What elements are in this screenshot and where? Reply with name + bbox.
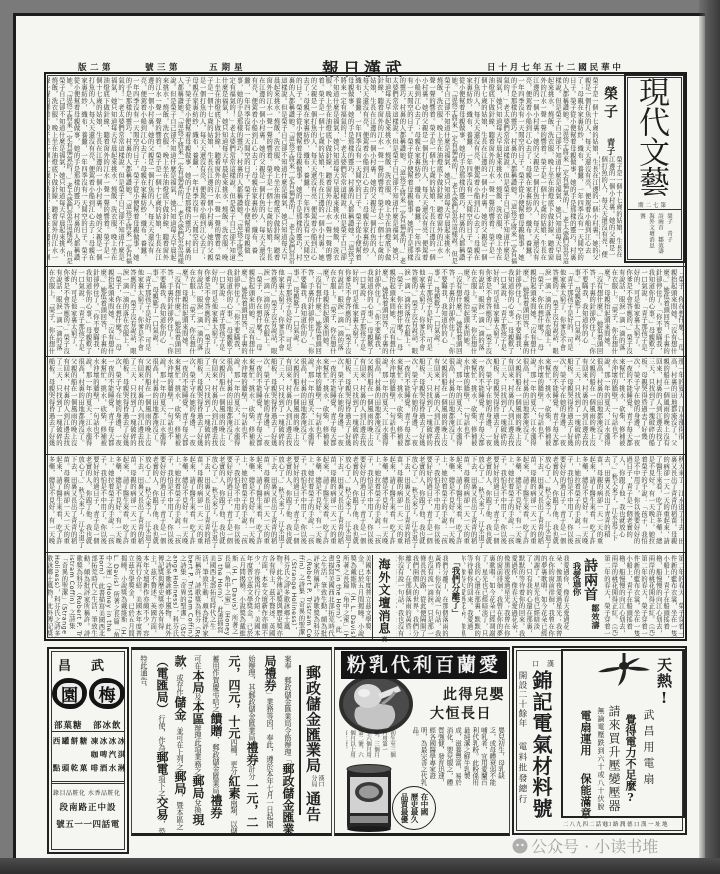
poem-two-text: 我們分離了，在那個落雨的黃昏；你沒有說一句話，我也沒有流一滴淚。只是那一條長長的… <box>396 555 448 639</box>
jinji-trade: 電料批發總行 <box>516 742 528 805</box>
overseas-news-text: 美國本年度普立茲文學獎金，已於五月間揭曉。小說獎為戴維斯（H. L. Davis… <box>47 555 371 639</box>
story-text-band-d: 秋天來了，江水退了下去，田裏又長出了青青的稻苗。母親的病卻一天一天的重起來，請了… <box>47 456 684 551</box>
formula-brand-banner: 愛蘭百利代乳粉 <box>341 651 507 679</box>
postal-notice-label: 通告 <box>304 791 322 822</box>
story-text-band-c: 那一年的夏天，江水漲得很高，村裏的田地都淹沒了。父親的船在一個風雨的晚上沒有回來… <box>47 358 684 453</box>
postal-bureau-name: 郵政儲金匯業局 <box>304 665 322 773</box>
meiyuan-item: 西 點 <box>52 737 61 779</box>
supplement-issue-number: 第七二期 <box>638 201 668 209</box>
jinji-address: 地址一漢口德潤路口 <box>606 820 669 828</box>
jinji-copy-line: 武昌用電扇 <box>641 709 655 789</box>
meiyuan-candy-list: 糖 菓餅 乾罐 頭西 點 <box>52 737 88 779</box>
jinji-copy-line: 覺得電力不足麼? <box>623 714 637 804</box>
jinji-copy-line: 請來買升壓變壓器 <box>606 705 621 813</box>
band-divider <box>46 356 685 357</box>
poems-author: 鄒效濤 <box>591 604 601 630</box>
poem-two-title: 「我們分離了」 <box>449 558 460 618</box>
meiyuan-item: 冰汽水 <box>108 737 117 779</box>
story-text-ending: 第二年的春天，榮子穿着一件新的藍布衣裳，坐在一隻小船上，青子在船頭搖着櫓，船慢慢… <box>604 555 684 639</box>
notice-column: 可在本局及本區辦理此項業務之郵局兌換現 <box>189 655 207 833</box>
toc-entry: 海外文壇消息 賽 <box>637 213 655 257</box>
meiyuan-phone: 電話四一一五號 <box>52 818 124 830</box>
jinji-city: 漢口 <box>532 659 562 669</box>
band-divider <box>46 454 685 455</box>
story-text-band-b: 「榮子，你在想什麼？」母親抬起頭來問她。「沒有想什麼。」她低着頭回答，手裏的針卻… <box>47 269 684 355</box>
wechat-logo-icon <box>512 838 528 854</box>
postal-notice-title: 郵政儲金匯業局漢口分局通告 <box>302 665 324 822</box>
double-divider <box>52 781 124 784</box>
overseas-news-author: 賽 <box>378 636 388 642</box>
jinji-since: 開設二十餘年 <box>516 671 528 728</box>
title-rule <box>299 665 301 815</box>
scan-edge-bottom <box>0 858 720 874</box>
meiyuan-cloud-logo: 園 <box>52 678 87 709</box>
story-author: 青子 <box>605 138 615 155</box>
formula-slogan-line: 日長恒大 <box>430 703 492 723</box>
meiyuan-item: 冰淇淋 <box>117 737 126 779</box>
jinji-copy-line: 保能滿意 <box>578 773 592 819</box>
formula-usage: 初生至三個月用第一號，三個月至六個月用第二號，六個月以上用第三號。 <box>346 730 396 761</box>
notice-column: 款，或存作儲金，並可在上列之郵局，暨本區之 <box>171 655 189 833</box>
ceiling-fan-icon <box>596 653 652 689</box>
notice-column: 元，四元，十元四種，更分紅素兩類，以儲 <box>225 655 243 833</box>
formula-quality-badge: 在中國歷史最久品質最優 <box>392 786 436 830</box>
postal-branch-name: 漢口分局 <box>310 775 324 789</box>
toc-entry: 榮子 青子 <box>664 213 673 257</box>
notice-column: 局禮券」業務等因，奉此，遵於本年七月一日起開 <box>261 655 279 833</box>
meiyuan-location: 武昌 <box>58 655 124 674</box>
meiyuan-item: 糖 菓 <box>79 737 88 779</box>
poem-one-text: 我愛過你，像春天愛過花朵，像黑夜愛過星光；我曾在你的窗前徘徊，我曾在你的夢裏歌唱… <box>462 555 569 639</box>
notice-column: 始辦理，其郵政儲金匯業局禮券計分一元，二 <box>243 655 261 833</box>
notice-column: （電匯局）行使，作為郵電項下之交易，恐未週知 <box>153 655 171 833</box>
meiyuan-name-char: 園 <box>57 683 82 705</box>
meiyuan-name-char: 梅 <box>94 683 120 705</box>
formula-tin-icon <box>345 763 393 833</box>
jinji-copy-line: 電扇運用 <box>578 710 592 756</box>
notice-column: 蓄用作賀慶弔唁之饋贈，郵政儲金匯業局禮券 <box>207 655 225 833</box>
meiyuan-extra-left: 化粧品目錄 <box>53 788 86 797</box>
watermark-text: 公众号 · 小读书堆 <box>531 834 658 857</box>
table-of-contents: 榮子 青子詩兩首 鄒效濤海外文壇消息 賽 <box>628 209 682 259</box>
postal-notice-body: 案奉 郵政儲金匯業局令飭辦理「郵政儲金匯業局禮券」業務等因，奉此，遵於本年七月一… <box>139 655 297 833</box>
poem-one-title: 我愛過你 <box>570 562 581 596</box>
meiyuan-item: 罐 頭 <box>61 737 70 779</box>
poems-headline: 詩兩首 <box>581 558 599 602</box>
meiyuan-extra-right: 化粧品香水 <box>88 788 121 797</box>
jinji-phone: 電話二四九八二 <box>563 820 609 828</box>
divider <box>52 731 124 732</box>
badge-line: 在中國 <box>419 793 429 823</box>
meiyuan-cloud-logo: 梅 <box>89 678 125 709</box>
badge-line: 歷史最久 <box>409 793 419 823</box>
meiyuan-dept-right: 飲冰部 <box>93 719 122 731</box>
column-rule <box>372 555 373 639</box>
meiyuan-drink-list: 冰淇淋冰汽水冰啤酒凍咖啡 <box>90 737 126 779</box>
notice-column: 特此通告。 <box>136 655 153 833</box>
formula-slogan-line: 嬰兒得此 <box>443 684 505 704</box>
jinji-headline: 天熱! <box>654 657 674 708</box>
overseas-news-headline: 海外文壇消息 <box>375 558 392 635</box>
meiyuan-address: 設中正路南段 <box>52 801 124 813</box>
toc-entry: 詩兩首 鄒效濤 <box>655 213 664 257</box>
notice-column: 案奉 郵政儲金匯業局令飭辦理「郵政儲金匯業 <box>279 655 297 833</box>
meiyuan-item: 冰啤酒 <box>99 737 108 779</box>
meiyuan-dept-left: 糖菓部 <box>54 719 83 731</box>
band-divider <box>46 266 685 267</box>
formula-description: 嬰兒初生，母乳缺乏，或母體衰弱不能哺乳者，宜用愛蘭百利代乳粉。此粉係用最純潔之鮮… <box>398 727 505 789</box>
meiyuan-item: 餅 乾 <box>70 737 79 779</box>
badge-line: 品質最優 <box>399 793 409 823</box>
jinji-store-name: 錦記電氣材料號 <box>528 670 554 819</box>
story-text-band-a: 榮子是一個十七歲的姑娘，生長在江邊的一個小村裏。她的父親是一個打魚的人，每天天還… <box>47 77 598 265</box>
band-divider <box>46 552 685 553</box>
jinji-copy-line: 無論電壓跌到六十或八十伏脫 <box>596 707 605 811</box>
story-title: 榮子 <box>601 86 619 122</box>
supplement-title: 現代文藝 <box>630 76 672 202</box>
meiyuan-item: 凍咖啡 <box>90 737 99 779</box>
scan-edge-right <box>699 0 720 874</box>
story-text-under-title: 榮子是一個十七歲的姑娘，生長在江邊的一個小村裏。她的父親是一個打魚的人，每天天還… <box>599 156 622 264</box>
